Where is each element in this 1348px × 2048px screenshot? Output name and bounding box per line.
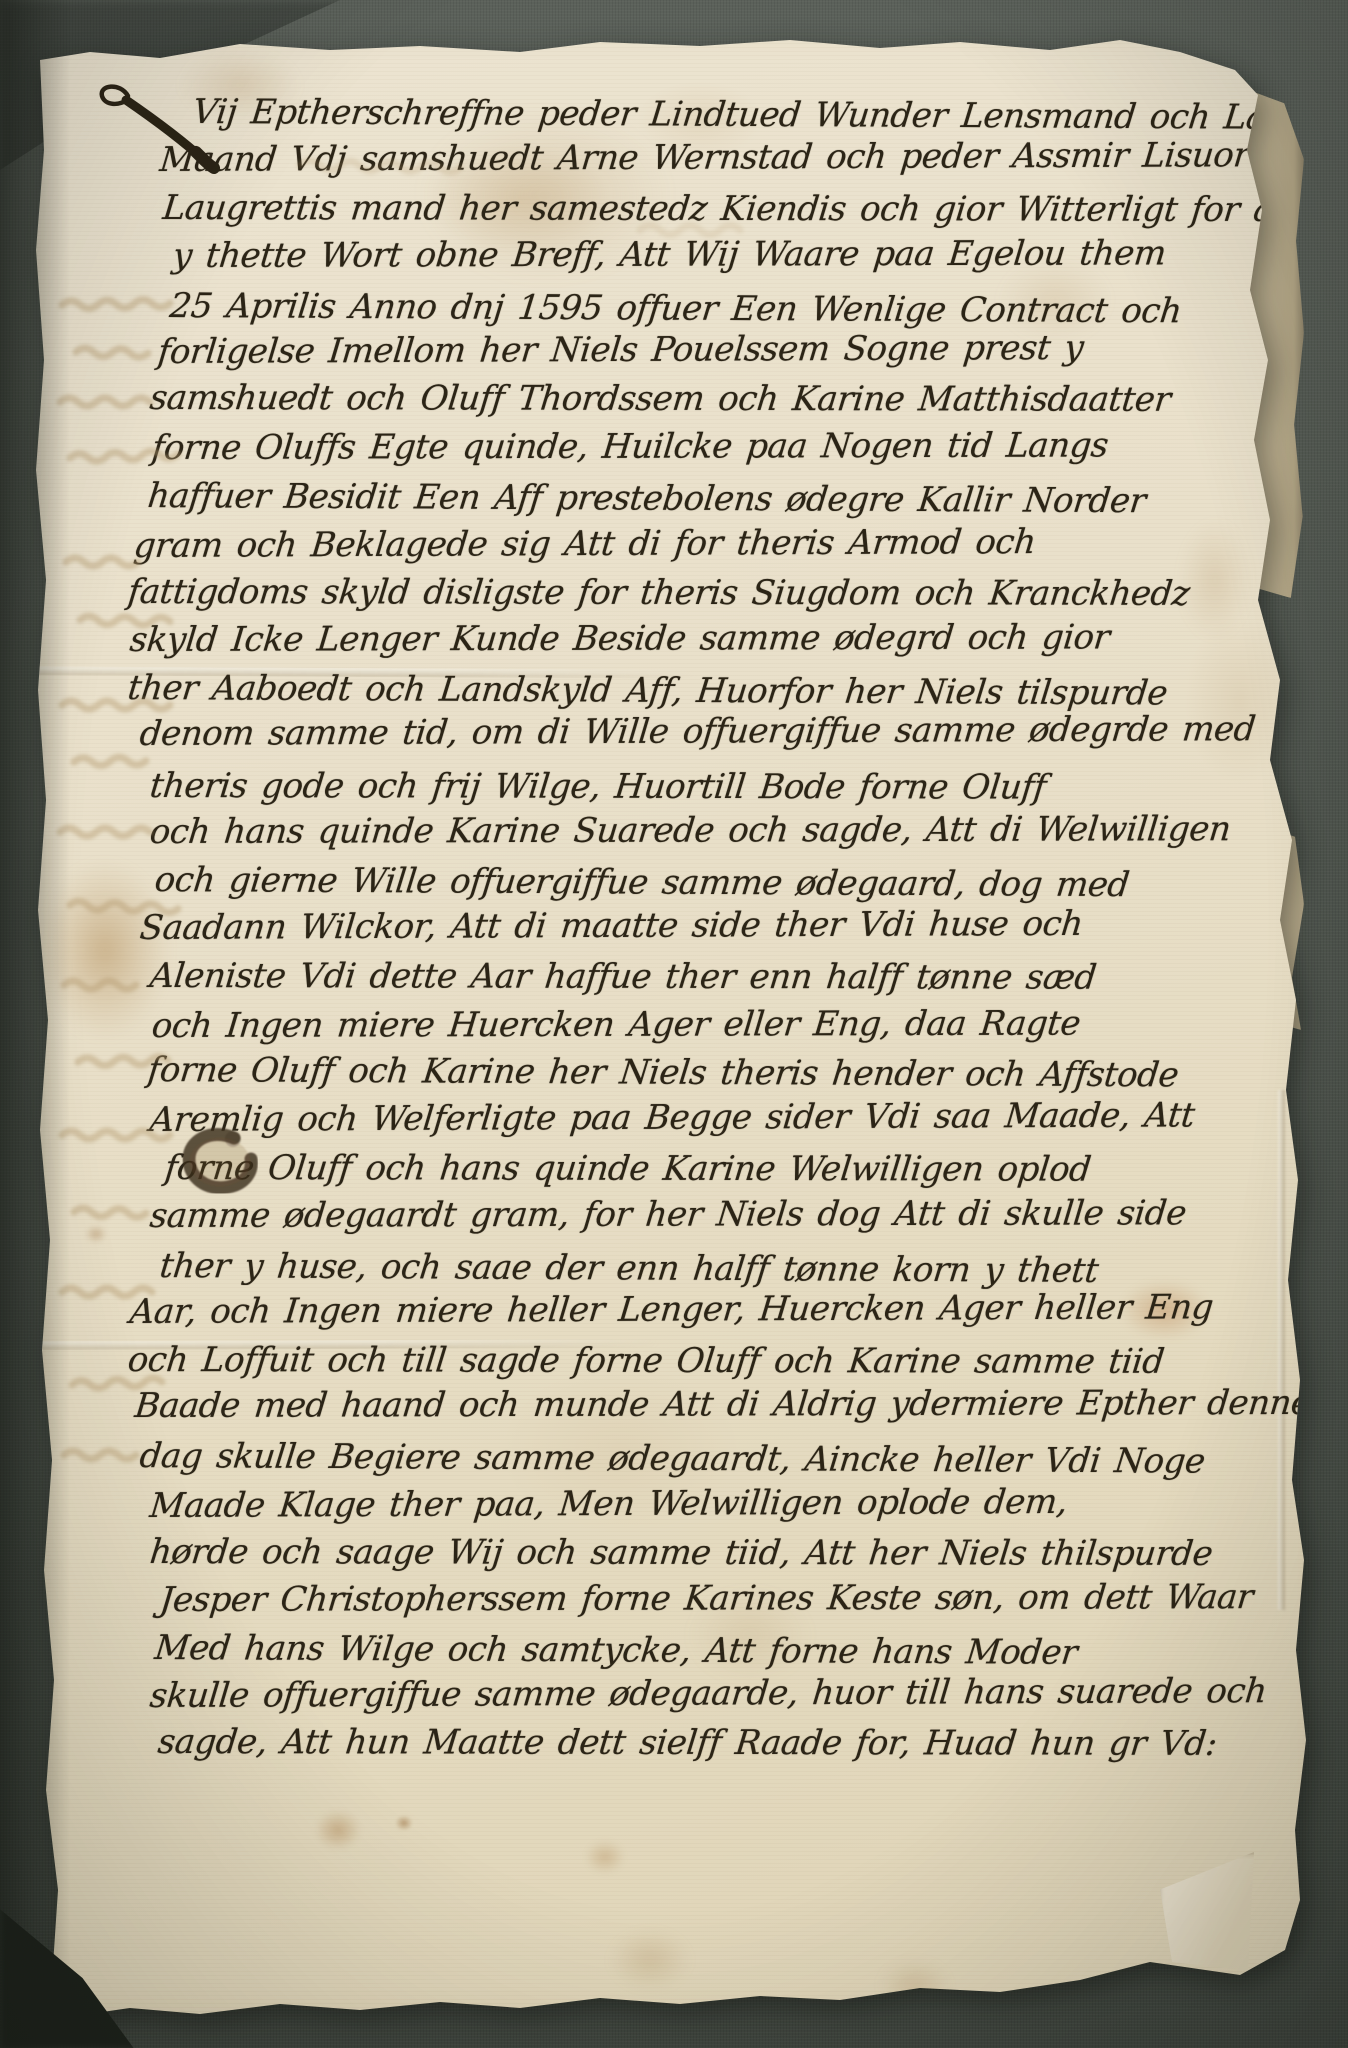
vertical-edge-crease: [1278, 1090, 1285, 1610]
stain: [395, 1815, 413, 1831]
text-line: Aleniste Vdi dette Aar haffue ther enn h…: [147, 952, 1270, 1002]
stain: [880, 1960, 950, 2010]
text-line: forligelse Imellom her Niels Pouelssem S…: [156, 323, 1271, 376]
text-line: Maade Klage ther paa, Men Welwilligen op…: [148, 1477, 1271, 1530]
text-line: forne Oluff och hans quinde Karine Welwi…: [162, 1144, 1270, 1194]
stain: [315, 1810, 361, 1850]
text-line: samshuedt och Oluff Thordssem och Karine…: [147, 374, 1270, 424]
text-line: hørde och saage Wij och samme tiid, Att …: [147, 1528, 1270, 1578]
text-line: gram och Beklagede sig Att di for theris…: [132, 517, 1271, 570]
text-line: sagde, Att hun Maatte dett sielff Raade …: [155, 1718, 1270, 1768]
text-line: Laugrettis mand her samestedz Kiendis oc…: [160, 184, 1270, 234]
text-line: forne Oluffs Egte quinde, Huilcke paa No…: [150, 421, 1271, 472]
stain: [85, 1225, 107, 1243]
text-line: Aremlig och Welferligte paa Begge sider …: [148, 1091, 1271, 1144]
text-line: skyld Icke Lenger Kunde Beside samme øde…: [128, 613, 1271, 664]
text-line: y thette Wort obne Breff, Att Wij Waare …: [171, 229, 1271, 280]
text-line: Aar, och Ingen miere heller Lenger, Huer…: [128, 1283, 1271, 1336]
text-line: theris gode och frij Wilge, Huortill Bod…: [147, 762, 1270, 812]
text-line: samme ødegaardt gram, for her Niels dog …: [148, 1189, 1271, 1240]
text-line: skulle offuergiffue samme ødegaarde, huo…: [148, 1667, 1271, 1720]
text-line: denom samme tid, om di Wille offuergiffu…: [138, 705, 1271, 758]
text-line: Baade med haand och munde Att di Aldrig …: [133, 1379, 1271, 1430]
text-line: och Ingen miere Huercken Ager eller Eng,…: [150, 999, 1271, 1050]
text-line: Maand Vdj samshuedt Arne Wernstad och pe…: [158, 131, 1271, 184]
stain: [585, 1840, 625, 1874]
archival-scan: { "document": { "date_text": "25 Aprilis…: [0, 0, 1348, 2048]
manuscript-text: Vij Eptherschreffne peder Lindtued Wunde…: [118, 88, 1268, 1768]
stain: [610, 1930, 690, 1990]
text-line: Jesper Christopherssem forne Karines Kes…: [158, 1573, 1271, 1624]
text-line: fattigdoms skyld disligste for theris Si…: [125, 568, 1270, 618]
manuscript-page-wrap: Vij Eptherschreffne peder Lindtued Wunde…: [0, 0, 1348, 2048]
text-line: och hans quinde Karine Suarede och sagde…: [148, 805, 1271, 856]
corner-fold: [1158, 1852, 1258, 1977]
text-line: Saadann Wilckor, Att di maatte side ther…: [138, 899, 1271, 952]
manuscript-page: Vij Eptherschreffne peder Lindtued Wunde…: [0, 0, 1348, 2048]
